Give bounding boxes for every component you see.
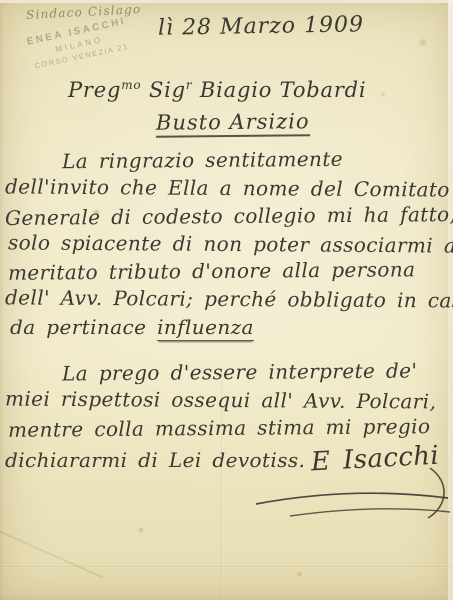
body-line-prefix: da pertinace [10, 315, 157, 339]
addressee-city: Busto Arsizio [156, 109, 310, 138]
body-line: da pertinace influenza [10, 315, 254, 339]
paper-edge-top [0, 0, 453, 3]
addressee-honorific: Preg [68, 78, 121, 102]
addressee-name: Biagio Tobardi [192, 78, 366, 102]
body-line: miei rispettosi ossequi all' Avv. Polcar… [5, 386, 436, 413]
body-line: solo spiacente di non poter associarmi a… [8, 230, 453, 257]
letter-page: Sindaco Cislago ENEA ISACCHI MILANO CORS… [0, 0, 453, 600]
addressee-city-line: Busto Arsizio [156, 110, 310, 137]
signature-flourish [252, 466, 452, 528]
fold-crease-horizontal [0, 566, 453, 568]
body-line: dell'invito che Ella a nome del Comitato [5, 174, 450, 201]
body-line: La ringrazio sentitamente [62, 147, 343, 173]
body-line: meritato tributo d'onore alla persona [8, 257, 416, 285]
body-line: La prego d'essere interprete de' [62, 358, 417, 385]
addressee-line: Pregmo Sigr Biagio Tobardi [68, 78, 366, 102]
underlined-word-influenza: influenza [157, 315, 254, 341]
letter-date: lì 28 Marzo 1909 [158, 12, 364, 41]
body-line: mentre colla massima stima mi pregio [8, 414, 431, 442]
addressee-title: Sig [141, 78, 185, 102]
addressee-honorific-sup: mo [121, 78, 141, 92]
body-line: Generale di codesto collegio mi ha fatto… [5, 202, 453, 230]
body-line: dell' Avv. Polcari; perché obbligato in … [5, 285, 453, 312]
